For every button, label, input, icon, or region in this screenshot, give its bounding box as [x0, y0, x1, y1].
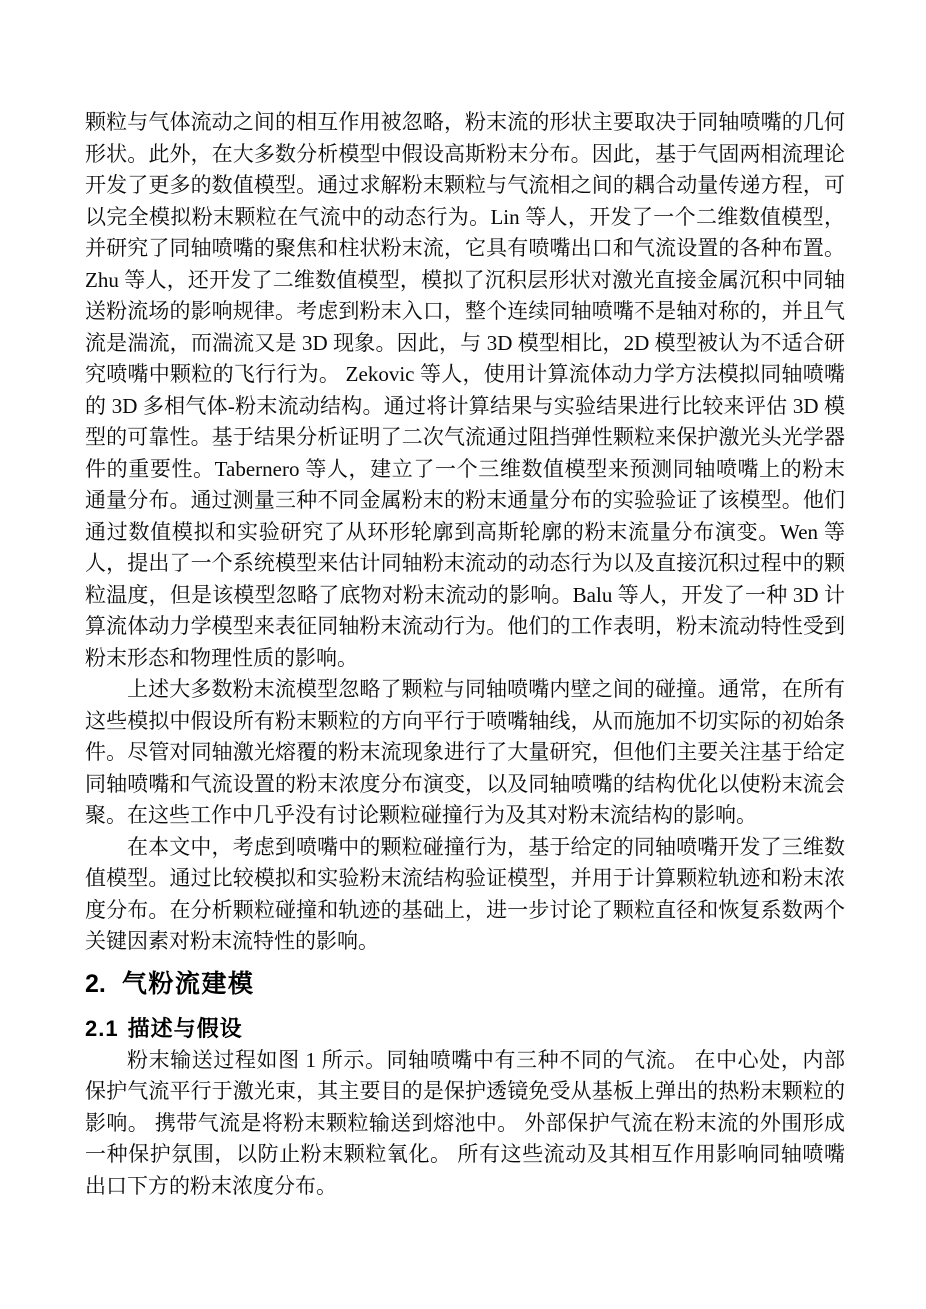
- section-title: 气粉流建模: [122, 970, 255, 998]
- document-page: 颗粒与气体流动之间的相互作用被忽略，粉末流的形状主要取决于同轴喷嘴的几何形状。此…: [0, 0, 926, 1309]
- paragraph-numerical-models-review: 颗粒与气体流动之间的相互作用被忽略，粉末流的形状主要取决于同轴喷嘴的几何形状。此…: [85, 107, 845, 674]
- subsection-heading: 2.1描述与假设: [85, 1013, 845, 1045]
- subsection-number: 2.1: [85, 1013, 119, 1045]
- section-number: 2.: [85, 966, 106, 1002]
- section-heading: 2.气粉流建模: [85, 966, 845, 1002]
- paragraph-collision-research-gap: 上述大多数粉末流模型忽略了颗粒与同轴喷嘴内壁之间的碰撞。通常，在所有这些模拟中假…: [85, 674, 845, 832]
- paragraph-powder-delivery-description: 粉末输送过程如图 1 所示。同轴喷嘴中有三种不同的气流。 在中心处，内部保护气流…: [85, 1045, 845, 1203]
- page-content: 颗粒与气体流动之间的相互作用被忽略，粉末流的形状主要取决于同轴喷嘴的几何形状。此…: [85, 107, 845, 1202]
- subsection-title: 描述与假设: [128, 1016, 243, 1041]
- paragraph-present-work-summary: 在本文中，考虑到喷嘴中的颗粒碰撞行为，基于给定的同轴喷嘴开发了三维数值模型。通过…: [85, 832, 845, 958]
